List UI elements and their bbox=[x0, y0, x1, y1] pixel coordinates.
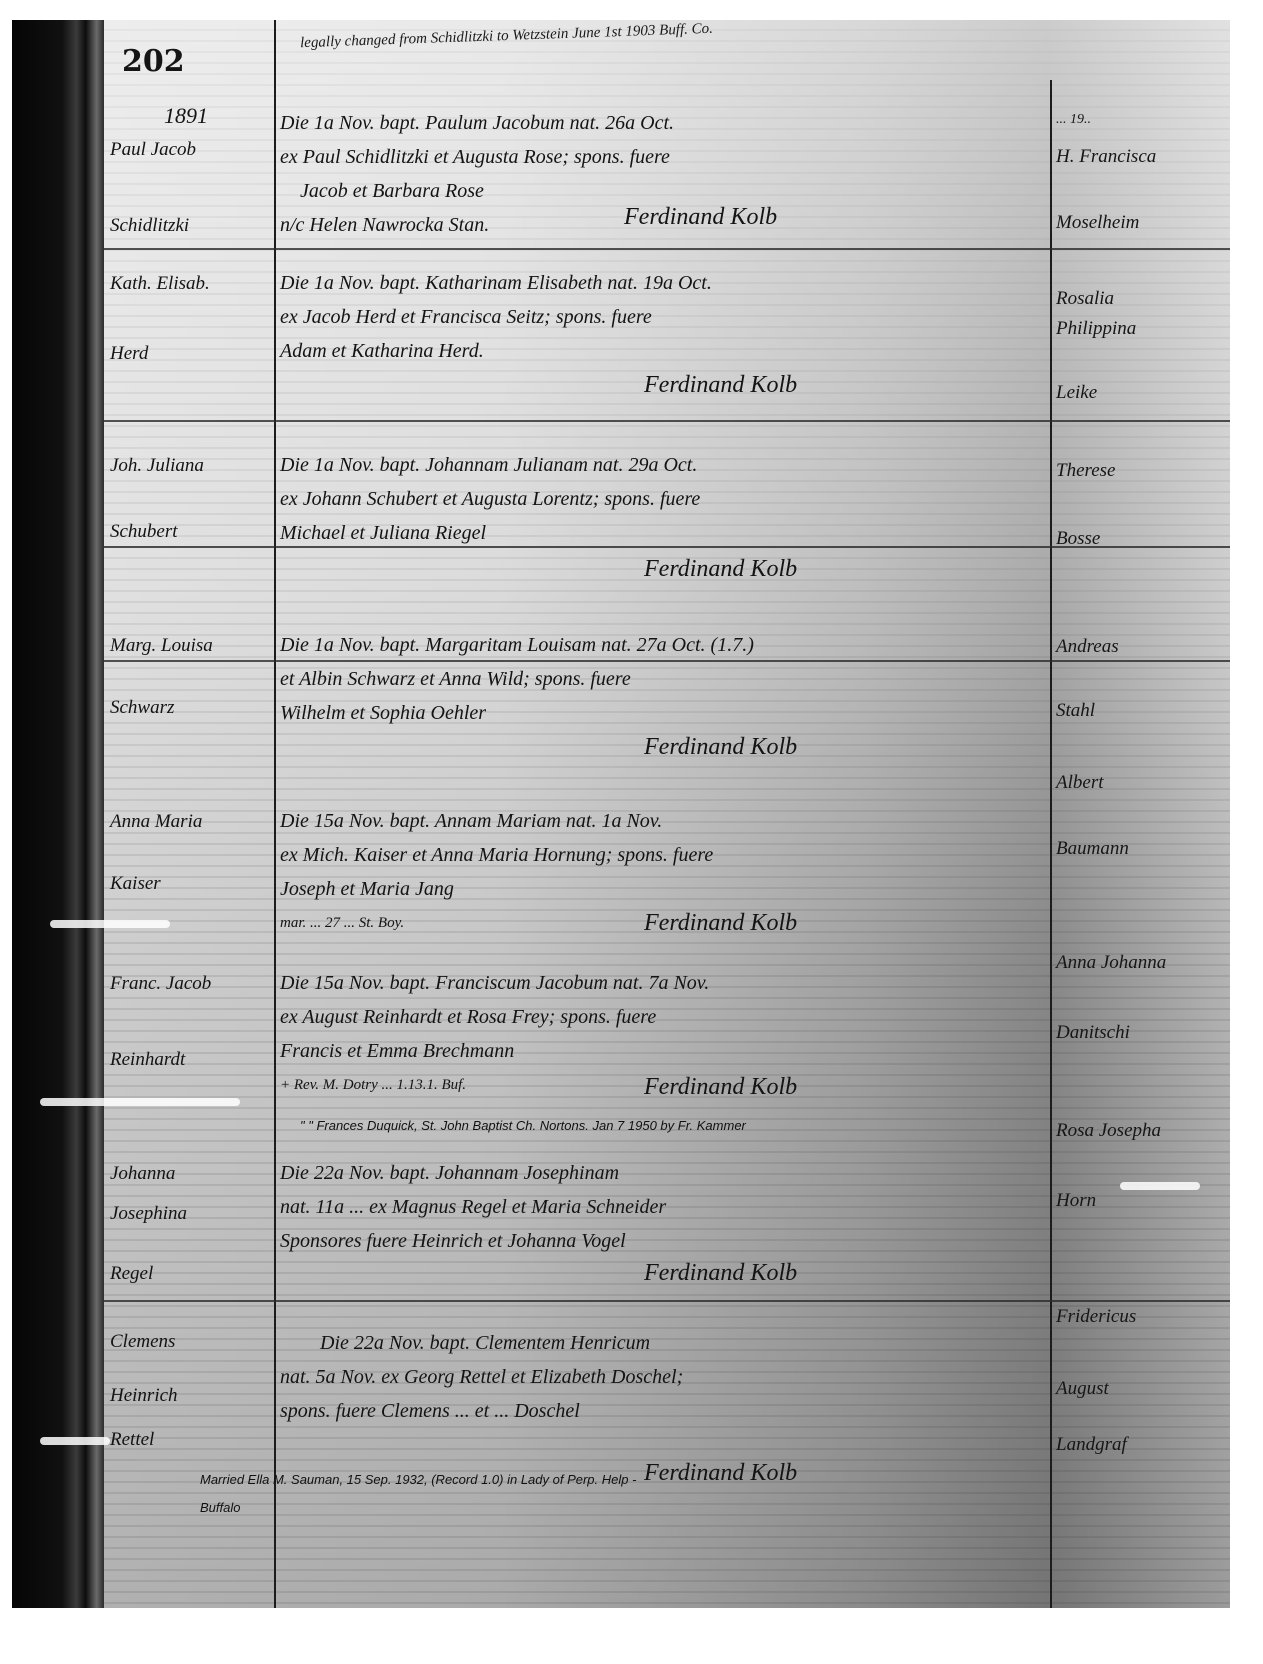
entry-line: Die 15a Nov. bapt. Franciscum Jacobum na… bbox=[280, 966, 1040, 1000]
right-column-entry: Therese bbox=[1056, 460, 1115, 482]
entry-line: Die 15a Nov. bapt. Annam Mariam nat. 1a … bbox=[280, 804, 1040, 838]
entry-line: Die 1a Nov. bapt. Katharinam Elisabeth n… bbox=[280, 266, 1040, 300]
margin-rule-right bbox=[1050, 80, 1052, 1608]
entry-line: Die 1a Nov. bapt. Paulum Jacobum nat. 26… bbox=[280, 106, 1040, 140]
right-column-entry: Danitschi bbox=[1056, 1022, 1130, 1044]
entry-line: Francis et Emma Brechmann bbox=[280, 1034, 1040, 1068]
child-given-name: Clemens bbox=[110, 1320, 270, 1364]
child-surname: Regel bbox=[110, 1252, 270, 1296]
entry-line: ex Mich. Kaiser et Anna Maria Hornung; s… bbox=[280, 838, 1040, 872]
priest-signature: Ferdinand Kolb bbox=[644, 1074, 797, 1101]
priest-signature: Ferdinand Kolb bbox=[624, 204, 777, 231]
marriage-annotation: Married Ella M. Sauman, 15 Sep. 1932, (R… bbox=[200, 1466, 680, 1522]
right-column-entry: Anna Johanna bbox=[1056, 952, 1166, 974]
tape-mark bbox=[40, 1437, 110, 1445]
entry-line: ex Johann Schubert et Augusta Lorentz; s… bbox=[280, 482, 1040, 516]
right-column-entry: Stahl bbox=[1056, 700, 1095, 722]
entry-line: Die 1a Nov. bapt. Johannam Julianam nat.… bbox=[280, 448, 1040, 482]
baptism-entry: Clemens Heinrich Rettel Die 22a Nov. bap… bbox=[104, 1320, 1044, 1460]
right-column-entry: Rosa Josepha bbox=[1056, 1120, 1161, 1142]
priest-signature: Ferdinand Kolb bbox=[644, 910, 797, 937]
entry-line: Jacob et Barbara Rose bbox=[280, 174, 1040, 208]
priest-signature: Ferdinand Kolb bbox=[644, 372, 797, 399]
child-surname: Schubert bbox=[110, 510, 270, 554]
entry-text: Die 22a Nov. bapt. Johannam Josephinam n… bbox=[280, 1156, 1040, 1258]
entry-line: nat. 11a ... ex Magnus Regel et Maria Sc… bbox=[280, 1190, 1040, 1224]
child-surname: Kaiser bbox=[110, 862, 270, 906]
baptism-entry: Franc. Jacob Reinhardt Die 15a Nov. bapt… bbox=[104, 962, 1044, 1132]
entry-line: Die 22a Nov. bapt. Clementem Henricum bbox=[280, 1326, 1040, 1360]
right-column-entry: Andreas bbox=[1056, 636, 1119, 658]
tape-mark bbox=[50, 920, 170, 928]
baptism-entry: Anna Maria Kaiser Die 15a Nov. bapt. Ann… bbox=[104, 800, 1044, 950]
right-column-entry: Baumann bbox=[1056, 838, 1129, 860]
baptism-entry: Marg. Louisa Schwarz Die 1a Nov. bapt. M… bbox=[104, 624, 1044, 784]
entry-text: Die 1a Nov. bapt. Margaritam Louisam nat… bbox=[280, 628, 1040, 730]
child-surname: Rettel bbox=[110, 1418, 270, 1462]
entry-line: et Albin Schwarz et Anna Wild; spons. fu… bbox=[280, 662, 1040, 696]
entry-line: Adam et Katharina Herd. bbox=[280, 334, 1040, 368]
tape-mark bbox=[1120, 1182, 1200, 1190]
child-given-name: Johanna bbox=[110, 1152, 270, 1196]
entry-line: Wilhelm et Sophia Oehler bbox=[280, 696, 1040, 730]
priest-signature: Ferdinand Kolb bbox=[644, 1260, 797, 1287]
right-column-entry: Albert bbox=[1056, 772, 1104, 794]
child-surname: Herd bbox=[110, 332, 270, 376]
entry-line: Die 22a Nov. bapt. Johannam Josephinam bbox=[280, 1156, 1040, 1190]
baptism-entry: Johanna Josephina Regel Die 22a Nov. bap… bbox=[104, 1152, 1044, 1312]
entry-line: Sponsores fuere Heinrich et Johanna Voge… bbox=[280, 1224, 1040, 1258]
right-column-entry: Rosalia bbox=[1056, 288, 1114, 310]
page-number: 202 bbox=[122, 44, 185, 79]
marriage-annotation: " " Frances Duquick, St. John Baptist Ch… bbox=[300, 1118, 746, 1133]
book-binding-shadow bbox=[12, 20, 104, 1608]
entry-line: nat. 5a Nov. ex Georg Rettel et Elizabet… bbox=[280, 1360, 1040, 1394]
tape-mark bbox=[40, 1098, 240, 1106]
priest-signature: Ferdinand Kolb bbox=[644, 556, 797, 583]
right-column-entry: ... 19.. bbox=[1056, 112, 1091, 128]
entry-line: ex Jacob Herd et Francisca Seitz; spons.… bbox=[280, 300, 1040, 334]
right-column-names: ... 19.. H. Francisca Moselheim Rosalia … bbox=[1056, 0, 1226, 1600]
right-column-entry: Moselheim bbox=[1056, 212, 1139, 234]
child-middle-name: Heinrich bbox=[110, 1374, 270, 1418]
entry-line: ex August Reinhardt et Rosa Frey; spons.… bbox=[280, 1000, 1040, 1034]
entry-line: spons. fuere Clemens ... et ... Doschel bbox=[280, 1394, 1040, 1428]
child-given-name: Marg. Louisa bbox=[110, 624, 270, 668]
child-middle-name: Josephina bbox=[110, 1192, 270, 1236]
right-column-entry: Horn bbox=[1056, 1190, 1096, 1212]
entry-line: n/c Helen Nawrocka Stan. bbox=[280, 208, 489, 242]
child-given-name: Franc. Jacob bbox=[110, 962, 270, 1006]
child-given-name: Joh. Juliana bbox=[110, 444, 270, 488]
child-surname: Reinhardt bbox=[110, 1038, 270, 1082]
baptism-entry: 1891 Paul Jacob Schidlitzki Die 1a Nov. … bbox=[104, 100, 1044, 250]
priest-signature: Ferdinand Kolb bbox=[644, 734, 797, 761]
right-column-entry: Leike bbox=[1056, 382, 1097, 404]
entry-line: ex Paul Schidlitzki et Augusta Rose; spo… bbox=[280, 140, 1040, 174]
entry-text: Die 1a Nov. bapt. Johannam Julianam nat.… bbox=[280, 448, 1040, 550]
child-surname: Schidlitzki bbox=[110, 204, 270, 248]
entry-text: Die 22a Nov. bapt. Clementem Henricum na… bbox=[280, 1326, 1040, 1428]
entry-line: Die 1a Nov. bapt. Margaritam Louisam nat… bbox=[280, 628, 1040, 662]
child-surname: Schwarz bbox=[110, 686, 270, 730]
right-column-entry: Landgraf bbox=[1056, 1434, 1127, 1456]
entry-line: Michael et Juliana Riegel bbox=[280, 516, 1040, 550]
entry-line: Joseph et Maria Jang bbox=[280, 872, 1040, 906]
right-column-entry: Fridericus bbox=[1056, 1306, 1136, 1328]
right-column-entry: Bosse bbox=[1056, 528, 1100, 550]
entry-text: Die 1a Nov. bapt. Katharinam Elisabeth n… bbox=[280, 266, 1040, 368]
child-given-name: Anna Maria bbox=[110, 800, 270, 844]
right-column-entry: Philippina bbox=[1056, 318, 1136, 340]
baptism-entry: Joh. Juliana Schubert Die 1a Nov. bapt. … bbox=[104, 444, 1044, 604]
right-column-entry: H. Francisca bbox=[1056, 146, 1156, 168]
right-column-entry: August bbox=[1056, 1378, 1109, 1400]
baptism-entry: Kath. Elisab. Herd Die 1a Nov. bapt. Kat… bbox=[104, 262, 1044, 422]
child-given-name: Paul Jacob bbox=[110, 128, 270, 172]
child-given-name: Kath. Elisab. bbox=[110, 262, 270, 306]
